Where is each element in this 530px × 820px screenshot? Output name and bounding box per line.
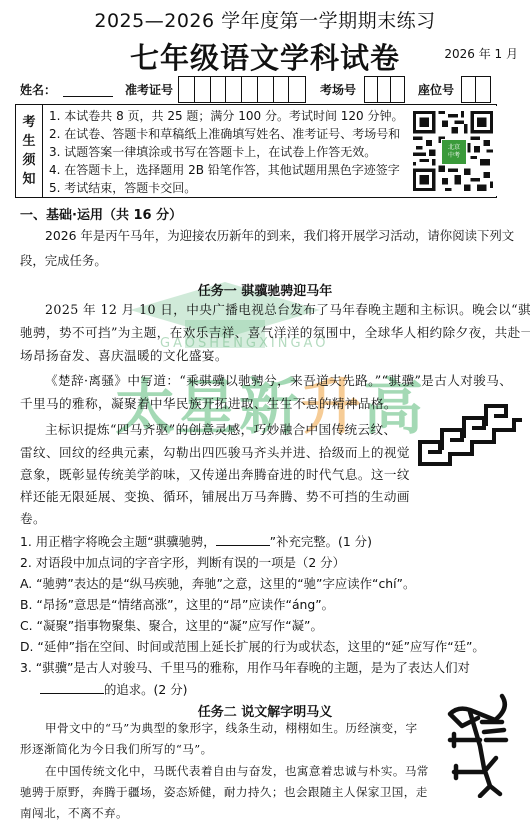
seat-box[interactable] xyxy=(476,77,490,102)
name-field[interactable] xyxy=(63,96,113,97)
notice-item: 5. 考试结束，答题卡交回。 xyxy=(49,179,417,197)
passage-line: 意象，既彰显传统美学韵味，又传递出奔腾奋进的时代气息。这一纹 xyxy=(20,464,410,483)
passage-line: 卷。 xyxy=(20,508,46,527)
option-d: D. “延伸”指在空间、时间或范围上延长扩展的行为或状态，这里的“延”应写作“廷… xyxy=(20,637,485,655)
passage-line: 2025 年 12 月 10 日，中央广播电视总台发布了马年春晚主题和主标识。晚… xyxy=(45,299,530,318)
question-3: 3. “骐骥”是古人对骏马、千里马的雅称，用作马年春晚的主题，是为了表达人们对 xyxy=(20,658,470,676)
question-1: 1. 用正楷字将晚会主题“骐骥驰骋，”补充完整。(1 分) xyxy=(20,532,372,550)
q3-answer-blank[interactable] xyxy=(40,682,104,694)
exam-id-label: 准考证号 xyxy=(125,81,173,98)
qr-code: 北京 中考 xyxy=(408,106,498,196)
notice-items: 1. 本试卷共 8 页，共 25 题；满分 100 分。考试时间 120 分钟。… xyxy=(49,107,417,197)
oracle-bone-horse-image xyxy=(440,688,515,798)
exam-id-box[interactable] xyxy=(211,77,227,102)
question-3-line2: 的追求。(2 分) xyxy=(40,680,187,698)
room-box[interactable] xyxy=(391,77,404,102)
exam-id-box[interactable] xyxy=(258,77,274,102)
passage-line: 在中国传统文化中，马既代表着自由与奋发，也寓意着忠诚与朴实。马常 xyxy=(45,763,429,779)
passage-line: 甲骨文中的“马”为典型的象形字，线条生动，栩栩如生。历经演变，字 xyxy=(45,720,417,736)
section-heading: 一、基础·运用（共 16 分） xyxy=(20,204,182,223)
name-label: 姓名： xyxy=(20,81,56,98)
exam-id-box[interactable] xyxy=(179,77,195,102)
passage-line: 形逐渐简化为今日我们所写的“马”。 xyxy=(20,741,213,757)
exam-title: 2025—2026 学年度第一学期期末练习 xyxy=(0,6,530,33)
intro-line: 2026 年是丙午马年，为迎接农历新年的到来，我们将开展学习活动，请你阅读下列文 xyxy=(45,226,514,244)
notice-item: 1. 本试卷共 8 页，共 25 题；满分 100 分。考试时间 120 分钟。 xyxy=(49,107,417,125)
room-boxes[interactable] xyxy=(364,76,405,103)
room-box[interactable] xyxy=(378,77,390,102)
seat-box[interactable] xyxy=(462,77,476,102)
exam-id-box[interactable] xyxy=(289,77,305,102)
notice-item: 2. 在试卷、答题卡和草稿纸上准确填写姓名、准考证号、考场号和 xyxy=(49,125,417,143)
seat-boxes[interactable] xyxy=(461,76,491,103)
exam-id-box[interactable] xyxy=(274,77,290,102)
exam-id-box[interactable] xyxy=(242,77,258,102)
passage-line: 驰骋于原野，奔腾于疆场，姿态矫健，耐力持久；也会跟随主人保家卫国，走 xyxy=(20,784,428,800)
intro-line: 段，完成任务。 xyxy=(20,251,107,269)
exam-date: 2026 年 1 月 xyxy=(444,45,518,62)
qr-logo: 北京 中考 xyxy=(441,139,467,165)
exam-id-box[interactable] xyxy=(226,77,242,102)
exam-id-box[interactable] xyxy=(195,77,211,102)
passage-line: 主标识提炼“四马齐驱”的创意灵感，巧妙融合中国传统云纹、 xyxy=(45,419,397,438)
notice-label: 考 生 须 知 xyxy=(16,105,43,197)
option-b: B. “昂扬”意思是“情绪高涨”，这里的“昂”应读作“áng”。 xyxy=(20,595,334,613)
room-box[interactable] xyxy=(365,77,378,102)
passage-line: 场昂扬奋发、喜庆温暖的文化盛宴。 xyxy=(20,345,228,364)
passage-line: 样还能无限延展、变换、循环，铺展出万马奔腾、势不可挡的生动画 xyxy=(20,486,410,505)
notice-item: 4. 在答题卡上，选择题用 2B 铅笔作答，其他试题用黑色字迹签字 xyxy=(49,161,417,179)
exam-id-boxes[interactable] xyxy=(178,76,306,103)
four-horses-logo-image xyxy=(410,390,525,470)
passage-line: 雷纹、回纹的经典元素，勾勒出四匹骏马齐头并进、拾级而上的视觉 xyxy=(20,442,410,461)
q1-answer-blank[interactable] xyxy=(216,534,270,546)
room-label: 考场号 xyxy=(320,81,356,98)
passage-line: 南闯北，不离不弃。 xyxy=(20,805,128,820)
question-2: 2. 对语段中加点词的字音字形，判断有误的一项是（2 分） xyxy=(20,553,345,571)
notice-item: 3. 试题答案一律填涂或书写在答题卡上，在试卷上作答无效。 xyxy=(49,143,417,161)
task1-title: 任务一 骐骥驰骋迎马年 xyxy=(0,280,530,299)
option-c: C. “凝聚”指事物聚集、聚合，这里的“凝”应写作“凝”。 xyxy=(20,616,323,634)
passage-line: 《楚辞·离骚》中写道：“乘骐骥以驰骋兮，来吾道夫先路。”“骐骥”是古人对骏马、 xyxy=(45,370,512,389)
passage-line: 千里马的雅称，凝聚着中华民族开拓进取、生生不息的精神品格。 xyxy=(20,393,397,412)
option-a: A. “驰骋”表达的是“纵马疾驰，奔驰”之意，这里的“驰”字应读作“chí”。 xyxy=(20,574,415,592)
passage-line: 驰骋，势不可挡”为主题，在欢乐吉祥、喜气洋洋的氛围中，全球华人相约除夕夜，共赴一 xyxy=(20,322,530,341)
seat-label: 座位号 xyxy=(418,81,454,98)
